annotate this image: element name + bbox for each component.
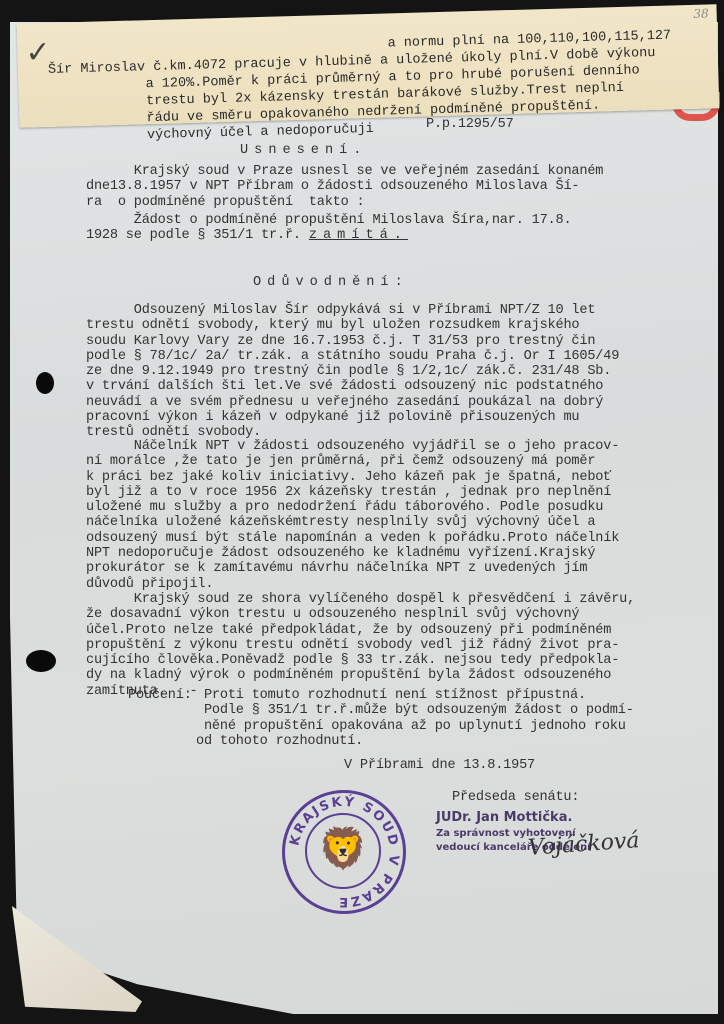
file-number: P.p.1295/57 bbox=[426, 117, 514, 132]
verdict-paragraph: Žádost o podmíněné propuštění Miloslava … bbox=[86, 213, 571, 244]
place-date: V Příbrami dne 13.8.1957 bbox=[344, 758, 535, 773]
page-number: 38 bbox=[693, 6, 709, 20]
court-stamp: KRAJSKÝ SOUD V PRAZE 🦁 bbox=[282, 790, 406, 914]
instruction-text: Proti tomuto rozhodnutí není stížnost př… bbox=[196, 688, 634, 749]
lion-emblem-icon: 🦁 bbox=[307, 825, 379, 872]
note-text: a normu plní na 100,110,100,115,127 Šír … bbox=[47, 28, 673, 147]
reasoning-paragraph-2: Náčelník NPT v žádosti odsouzeného vyjád… bbox=[86, 439, 619, 592]
punch-hole bbox=[26, 650, 56, 672]
attached-note-strip: ✓ 38 a normu plní na 100,110,100,115,127… bbox=[17, 4, 720, 128]
reasoning-paragraph-3: Krajský soud ze shora vylíčeného dospěl … bbox=[86, 592, 635, 699]
reasoning-heading: Odůvodnění: bbox=[253, 275, 409, 290]
document-title: Usnesení. bbox=[240, 143, 367, 158]
judge-name: JUDr. Jan Mottička. bbox=[436, 810, 572, 825]
verdict-keyword: zamítá. bbox=[309, 228, 408, 243]
signature-role: Předseda senátu: bbox=[452, 790, 579, 805]
instruction-label: Poučení: bbox=[128, 688, 192, 703]
reasoning-paragraph-1: Odsouzený Miloslav Šír odpykává si v Pří… bbox=[86, 303, 619, 441]
stamp-emblem: 🦁 bbox=[305, 813, 381, 889]
intro-paragraph: Krajský soud v Praze usnesl se ve veřejn… bbox=[86, 164, 603, 210]
punch-hole bbox=[36, 372, 54, 394]
